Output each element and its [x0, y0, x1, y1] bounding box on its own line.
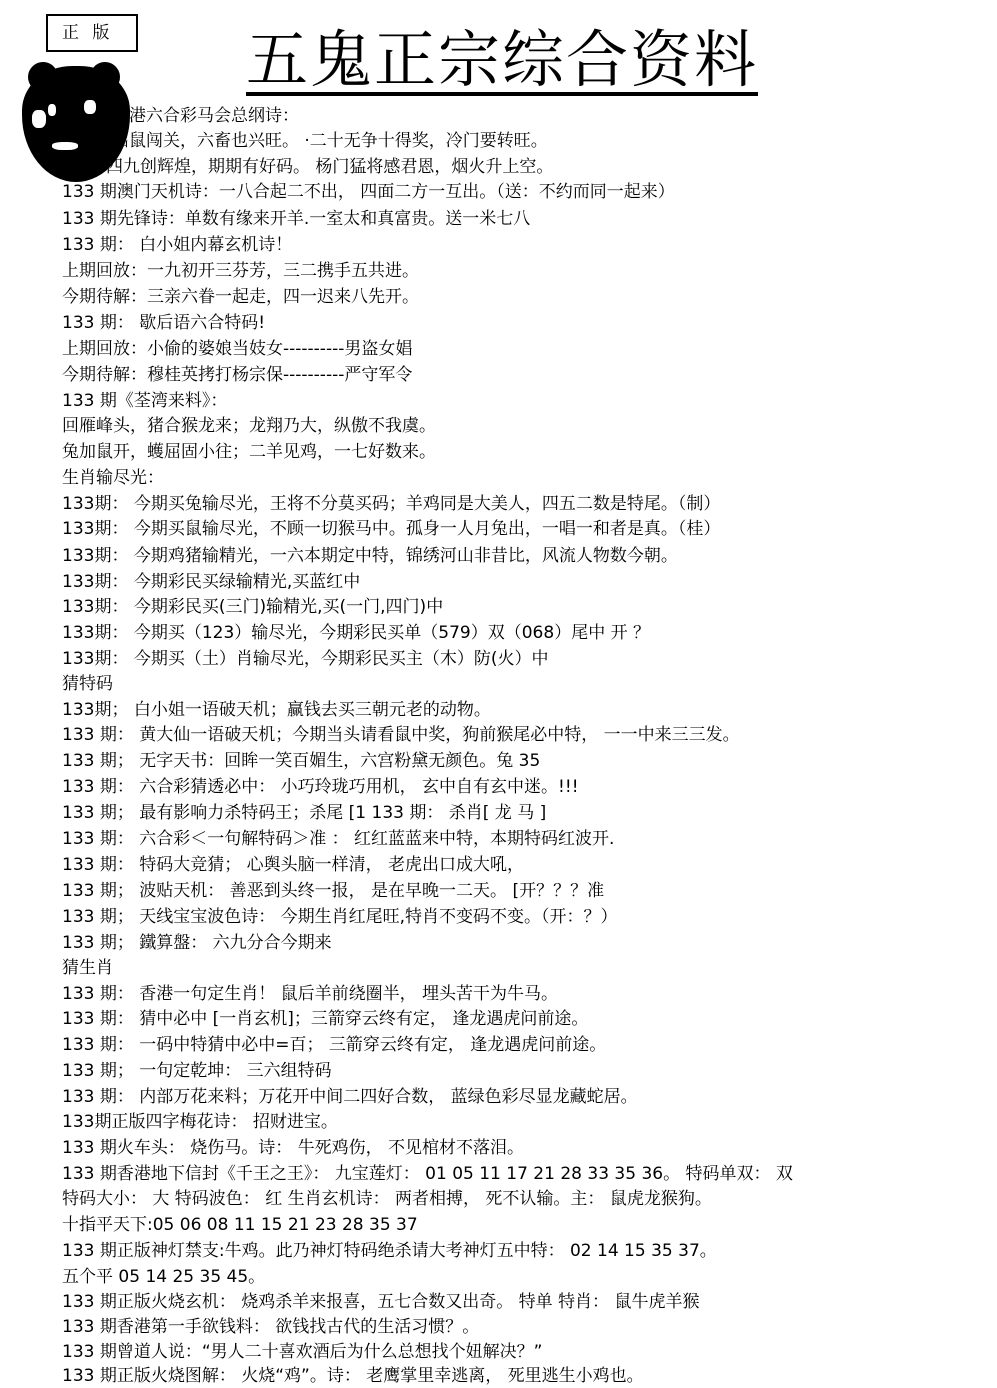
text-line: 133 期正版火烧玄机： 烧鸡杀羊来报喜，五七合数又出奇。 特单 特肖： 鼠牛虎… [62, 1292, 699, 1312]
text-line: 133 期火车头： 烧伤马。诗： 牛死鸡伤， 不见棺材不落泪。 [62, 1138, 524, 1158]
text-line: 133 期香港地下信封《千王之王》： 九宝莲灯： 01 05 11 17 21 … [62, 1164, 793, 1184]
text-line: 133期； 白小姐一语破天机；赢钱去买三朝元老的动物。 [62, 700, 491, 720]
mascot-highlight [48, 104, 56, 116]
text-line: 133期： 今期买兔输尽光，王将不分莫买码；羊鸡同是大美人，四五二数是特尾。（制… [62, 494, 720, 514]
text-line: 133 期； 无字天书：回眸一笑百媚生，六宫粉黛无颜色。兔 35 [62, 751, 540, 771]
text-line: 兔加鼠开，蠖屈固小往；二羊见鸡，一七好数来。 [62, 442, 436, 462]
text-line: 133期： 今期买（土）肖输尽光，今期彩民买主（木）防(火）中 [62, 649, 548, 669]
text-line: 五个平 05 14 25 35 45。 [62, 1267, 265, 1287]
text-line: 今期待解：三亲六眷一起走，四一迟来八先开。 [62, 287, 419, 307]
text-line: 133期： 今期买（123）输尽光，今期彩民买单（579）双（068）尾中 开 … [62, 623, 650, 643]
text-line: 133 期： 一码中特猜中必中=百； 三箭穿云终有定， 逢龙遇虎问前途。 [62, 1035, 606, 1055]
text-line: 上期回放：小偷的婆娘当妓女----------男盗女娼 [62, 339, 412, 359]
text-line: 特码大小： 大 特码波色： 红 生肖玄机诗： 两者相搏， 死不认输。主： 鼠虎龙… [62, 1189, 712, 1209]
mascot-ear-left [24, 58, 62, 96]
text-line: 十指平天下:05 06 08 11 15 21 23 28 35 37 [62, 1215, 418, 1235]
text-line: 133期正版四字梅花诗： 招财进宝。 [62, 1112, 338, 1132]
text-line: 四九创辉煌，期期有好码。 杨门猛将感君恩，烟火升上空。 [106, 157, 553, 177]
text-line: 133 期： 猜中必中 [一肖玄机]；三箭穿云终有定， 逢龙遇虎问前途。 [62, 1009, 588, 1029]
text-line: 133期： 今期彩民买绿输精光,买蓝红中 [62, 572, 360, 592]
text-line: 133期： 今期买鼠输尽光，不顾一切猴马中。孤身一人月兔出，一唱一和者是真。（桂… [62, 519, 720, 539]
text-line: 133 期曾道人说：“男人二十喜欢酒后为什么总想找个妞解决？” [62, 1342, 542, 1362]
text-line: 133期： 今期鸡猪输精光，一六本期定中特，锦绣河山非昔比，风流人物数今朝。 [62, 546, 678, 566]
text-line: 133 期： 内部万花来料；万花开中间二四好合数， 蓝绿色彩尽显龙藏蛇居。 [62, 1087, 638, 1107]
mascot-mouth [52, 142, 78, 150]
text-line: 133 期； 天线宝宝波色诗： 今期生肖红尾旺,特肖不变码不变。（开：？） [62, 907, 618, 927]
text-line: 回雁峰头，猪合猴龙来；龙翔乃大，纵傲不我虞。 [62, 416, 436, 436]
text-line: 133 期： 黄大仙一语破天机；今期当头请看鼠中奖，狗前猴尾必中特， 一一中来三… [62, 725, 740, 745]
text-line: 上期回放：一九初开三芬芳，三二携手五共进。 [62, 261, 419, 281]
text-line: 133 期： 白小姐内幕玄机诗！ [62, 235, 292, 255]
text-line: 133 期； 鐵算盤： 六九分合今期来 [62, 933, 332, 953]
text-line: 133 期正版神灯禁支:牛鸡。此乃神灯特码绝杀请大考神灯五中特： 02 14 1… [62, 1241, 717, 1261]
text-line: 133 期； 一句定乾坤： 三六组特码 [62, 1061, 332, 1081]
text-line: 香港六合彩马会总纲诗： [112, 106, 299, 126]
text-line: 133 期香港第一手欲钱料： 欲钱找古代的生活习惯？。 [62, 1317, 479, 1337]
text-line: 今期待解：穆桂英拷打杨宗保----------严守军令 [62, 365, 412, 385]
text-line: 133 期： 特码大竞猜； 心舆头脑一样清， 老虎出口成大吼， [62, 855, 524, 875]
page-title: 五鬼正宗综合资料 [246, 28, 758, 96]
text-line: 猜生肖 [62, 958, 113, 978]
text-line: 生肖输尽光： [62, 468, 164, 488]
mascot-eye-left [32, 110, 46, 128]
text-line: 133 期先锋诗：单数有缘来开羊.一室太和真富贵。送一米七八 [62, 209, 530, 229]
mascot-eye-right [84, 100, 96, 114]
mascot-ear-right [86, 58, 124, 96]
text-line: 猜特码 [62, 674, 113, 694]
text-line: 出鼠闯关，六畜也兴旺。 ·二十无争十得奖，冷门要转旺。 [112, 131, 548, 151]
text-line: 133 期： 六合彩猜透必中： 小巧玲珑巧用机， 玄中自有玄中迷。!!! [62, 777, 579, 797]
edition-badge: 正 版 [46, 14, 138, 52]
text-line: 133 期： 香港一句定生肖！ 鼠后羊前绕圈半， 埋头苦干为牛马。 [62, 984, 558, 1004]
text-line: 133 期： 歇后语六合特码! [62, 313, 265, 333]
text-line: 133 期； 最有影响力杀特码王；杀尾 [1 133 期： 杀肖[ 龙 马 ] [62, 803, 546, 823]
text-line: 133 期正版火烧图解： 火烧“鸡”。诗： 老鹰掌里幸逃离， 死里逃生小鸡也。 [62, 1366, 644, 1386]
text-line: 133 期《荃湾来料》： [62, 391, 227, 411]
text-line: 133期： 今期彩民买(三门)输精光,买(一门,四门)中 [62, 597, 443, 617]
text-line: 133 期： 六合彩＜一句解特码＞准 ： 红红蓝蓝来中特，本期特码红波开. [62, 829, 614, 849]
text-line: 133 期澳门天机诗：一八合起二不出， 四面二方一互出。（送：不约而同一起来） [62, 182, 675, 202]
text-line: 133 期； 波贴天机： 善恶到头终一报， 是在早晚一二天。 [开？？？准 [62, 881, 604, 901]
